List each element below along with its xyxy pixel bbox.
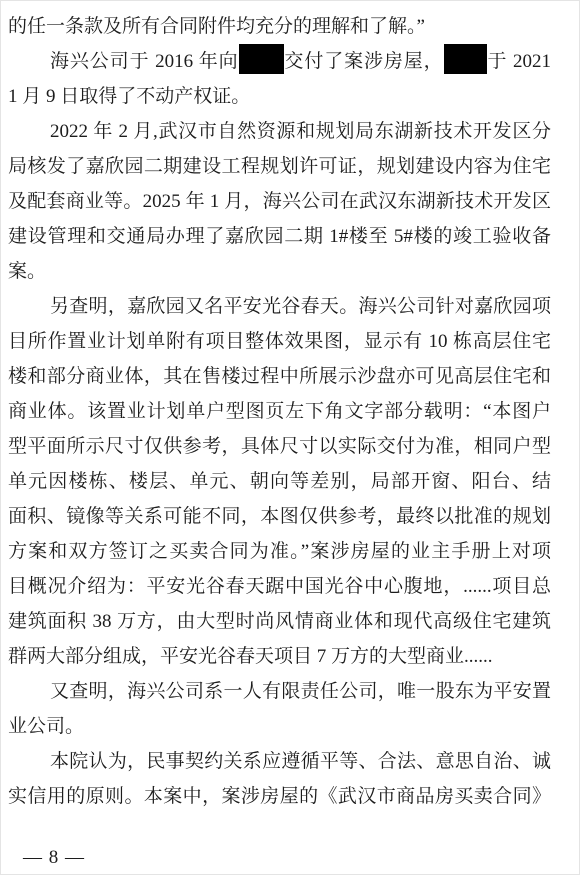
text-segment: 及配套商业等。2025 年 1 月，海兴公司在武汉东湖新技术开发区	[8, 191, 551, 212]
text-segment: 面积、镜像等关系可能不同，本图仅供参考，最终以批准的规划	[8, 506, 551, 527]
document-page: 的任一条款及所有合同附件均充分的理解和了解。”海兴公司于 2016 年向交付了案…	[0, 0, 580, 875]
page-footer: — 8 —	[23, 847, 85, 869]
paragraph: 2022 年 2 月,武汉市自然资源和规划局东湖新技术开发区分局核发了嘉欣园二期…	[8, 114, 551, 289]
text-segment: 交付了案涉房屋，	[284, 51, 444, 72]
text-segment: 另查明，嘉欣园又名平安光谷春天。海兴公司针对嘉欣园项	[50, 296, 551, 317]
text-segment: 单元因楼栋、楼层、单元、朝向等差别，局部开窗、阳台、结构、	[8, 471, 551, 499]
text-segment: 2022 年 2 月,武汉市自然资源和规划局东湖新技术开发区分	[50, 121, 551, 142]
text-line: 海兴公司于 2016 年向交付了案涉房屋，于 2021 年	[8, 44, 551, 79]
text-line: 群两大部分组成，平安光谷春天项目 7 万方的大型商业......	[8, 639, 551, 674]
text-line: 方案和双方签订之买卖合同为准。”案涉房屋的业主手册上对项	[8, 534, 551, 569]
paragraph: 海兴公司于 2016 年向交付了案涉房屋，于 2021 年1 月 9 日取得了不…	[8, 44, 551, 114]
text-segment: 案。	[8, 261, 46, 282]
paragraph: 又查明，海兴公司系一人有限责任公司，唯一股东为平安置业公司。	[8, 674, 551, 744]
text-line: 楼和部分商业体，其在售楼过程中所展示沙盘亦可见高层住宅和	[8, 359, 551, 394]
text-segment: 的任一条款及所有合同附件均充分的理解和了解。”	[8, 16, 425, 37]
text-line: 本院认为，民事契约关系应遵循平等、合法、意思自治、诚	[8, 744, 551, 779]
text-segment: 楼和部分商业体，其在售楼过程中所展示沙盘亦可见高层住宅和	[8, 366, 551, 387]
paragraph: 另查明，嘉欣园又名平安光谷春天。海兴公司针对嘉欣园项目所作置业计划单附有项目整体…	[8, 289, 551, 674]
redaction-box	[239, 44, 284, 74]
text-segment: 建设管理和交通局办理了嘉欣园二期 1#楼至 5#楼的竣工验收备	[8, 226, 551, 247]
text-line: 目概况介绍为：平安光谷春天踞中国光谷中心腹地，......项目总	[8, 569, 551, 604]
text-line: 业公司。	[8, 709, 551, 744]
text-line: 1 月 9 日取得了不动产权证。	[8, 79, 551, 114]
text-segment: 海兴公司于 2016 年向	[50, 51, 239, 72]
text-line: 又查明，海兴公司系一人有限责任公司，唯一股东为平安置	[8, 674, 551, 709]
text-segment: 方案和双方签订之买卖合同为准。”案涉房屋的业主手册上对项	[8, 541, 551, 562]
text-line: 案。	[8, 254, 551, 289]
text-segment: 商业体。该置业计划单户型图页左下角文字部分载明：“本图户	[8, 401, 551, 422]
text-line: 单元因楼栋、楼层、单元、朝向等差别，局部开窗、阳台、结构、	[8, 464, 551, 499]
text-segment: 建筑面积 38 万方，由大型时尚风情商业体和现代高级住宅建筑	[8, 611, 551, 632]
text-line: 面积、镜像等关系可能不同，本图仅供参考，最终以批准的规划	[8, 499, 551, 534]
text-segment: 目概况介绍为：平安光谷春天踞中国光谷中心腹地，......项目总	[8, 576, 551, 597]
text-line: 的任一条款及所有合同附件均充分的理解和了解。”	[8, 9, 551, 44]
text-segment: 型平面所示尺寸仅供参考，具体尺寸以实际交付为准，相同户型	[8, 436, 551, 457]
text-segment: 又查明，海兴公司系一人有限责任公司，唯一股东为平安置	[50, 681, 551, 702]
text-segment: 局核发了嘉欣园二期建设工程规划许可证，规划建设内容为住宅	[8, 156, 551, 177]
redaction-box	[444, 44, 487, 74]
text-line: 目所作置业计划单附有项目整体效果图，显示有 10 栋高层住宅	[8, 324, 551, 359]
text-segment: 目所作置业计划单附有项目整体效果图，显示有 10 栋高层住宅	[8, 331, 551, 352]
text-line: 局核发了嘉欣园二期建设工程规划许可证，规划建设内容为住宅	[8, 149, 551, 184]
text-segment: 实信用的原则。本案中，案涉房屋的《武汉市商品房买卖合同》	[8, 786, 551, 807]
paragraph: 的任一条款及所有合同附件均充分的理解和了解。”	[8, 9, 551, 44]
text-line: 另查明，嘉欣园又名平安光谷春天。海兴公司针对嘉欣园项	[8, 289, 551, 324]
text-line: 及配套商业等。2025 年 1 月，海兴公司在武汉东湖新技术开发区	[8, 184, 551, 219]
text-line: 建筑面积 38 万方，由大型时尚风情商业体和现代高级住宅建筑	[8, 604, 551, 639]
text-segment: 群两大部分组成，平安光谷春天项目 7 万方的大型商业......	[8, 646, 493, 667]
text-line: 2022 年 2 月,武汉市自然资源和规划局东湖新技术开发区分	[8, 114, 551, 149]
paragraph: 本院认为，民事契约关系应遵循平等、合法、意思自治、诚实信用的原则。本案中，案涉房…	[8, 744, 551, 814]
text-line: 实信用的原则。本案中，案涉房屋的《武汉市商品房买卖合同》	[8, 779, 551, 814]
text-line: 型平面所示尺寸仅供参考，具体尺寸以实际交付为准，相同户型	[8, 429, 551, 464]
page-number: — 8 —	[23, 847, 85, 868]
text-line: 建设管理和交通局办理了嘉欣园二期 1#楼至 5#楼的竣工验收备	[8, 219, 551, 254]
text-line: 商业体。该置业计划单户型图页左下角文字部分载明：“本图户	[8, 394, 551, 429]
text-segment: 1 月 9 日取得了不动产权证。	[8, 86, 250, 107]
document-body: 的任一条款及所有合同附件均充分的理解和了解。”海兴公司于 2016 年向交付了案…	[8, 9, 551, 814]
text-segment: 业公司。	[8, 716, 84, 737]
text-segment: 本院认为，民事契约关系应遵循平等、合法、意思自治、诚	[50, 751, 551, 772]
